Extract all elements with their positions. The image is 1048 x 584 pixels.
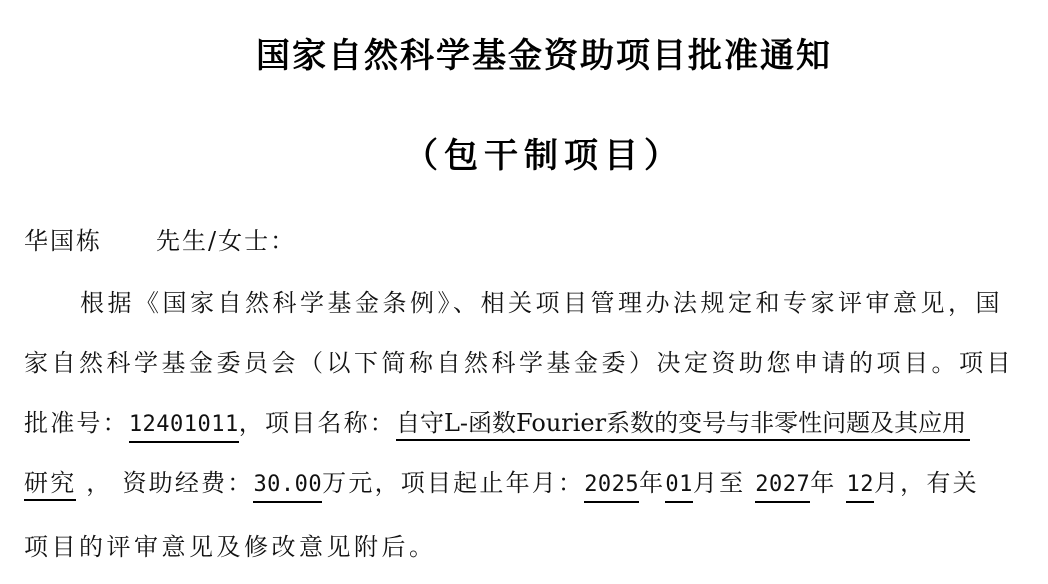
- year-char: 年: [639, 469, 665, 497]
- end-month: 12: [846, 471, 874, 503]
- body-line-4: 研究 ，资助经费：30.00万元，项目起止年月：2025年01月至2027年12…: [24, 468, 979, 503]
- body-line-2: 家自然科学基金委员会（以下简称自然科学基金委）决定资助您申请的项目。项目: [24, 348, 1014, 378]
- month-char: 月: [693, 469, 719, 497]
- funding-amount: 30.00: [253, 471, 322, 503]
- body-line-1: 根据《国家自然科学基金条例》、相关项目管理办法规定和专家评审意见，国: [80, 288, 1003, 318]
- separator: ，: [76, 469, 112, 497]
- start-year: 2025: [584, 471, 639, 503]
- line4-tail: 有关: [926, 469, 978, 497]
- period-label: 项目起止年月：: [401, 469, 584, 497]
- recipient-name: 华国栋: [24, 227, 102, 255]
- end-month-char: 月，: [874, 469, 926, 497]
- end-year: 2027: [755, 471, 810, 503]
- salutation: 先生/女士：: [156, 227, 296, 255]
- document-subtitle: （包干制项目）: [0, 128, 1048, 177]
- start-month: 01: [665, 471, 693, 503]
- to-char: 至: [719, 469, 745, 497]
- project-name-continuation: 研究: [24, 469, 76, 501]
- funding-unit: 万元，: [322, 469, 401, 497]
- separator: ，: [239, 409, 265, 437]
- approval-notice-page: 国家自然科学基金资助项目批准通知 （包干制项目） 华国栋先生/女士： 根据《国家…: [0, 0, 1048, 584]
- greeting-line: 华国栋先生/女士：: [24, 226, 296, 256]
- approval-number-value: 12401011: [129, 411, 239, 443]
- project-name-label: 项目名称：: [265, 409, 396, 437]
- approval-number-label: 批准号：: [24, 409, 129, 437]
- funding-label: 资助经费：: [122, 469, 253, 497]
- end-year-char: 年: [810, 469, 836, 497]
- project-name-value: 自守L-函数Fourier系数的变号与非零性问题及其应用: [396, 409, 970, 441]
- document-title: 国家自然科学基金资助项目批准通知: [0, 28, 1048, 77]
- body-line-3: 批准号：12401011，项目名称：自守L-函数Fourier系数的变号与非零性…: [24, 408, 970, 443]
- body-line-5: 项目的评审意见及修改意见附后。: [24, 532, 437, 562]
